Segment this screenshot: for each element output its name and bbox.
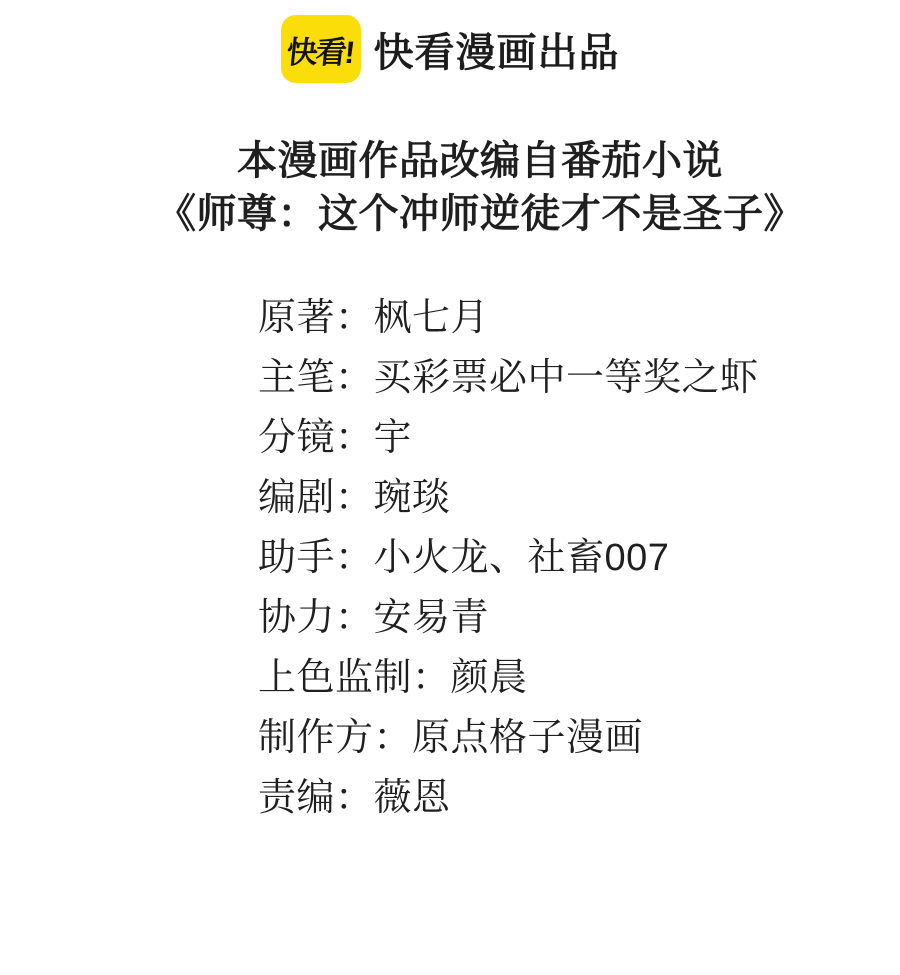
credit-value: 宇 [374,406,413,461]
credit-label: 编剧： [258,466,374,521]
credit-value: 原点格子漫画 [412,706,643,761]
credit-row-screenwriter: 编剧：琬琰 [258,463,759,523]
credit-label: 协力： [258,586,374,641]
credit-label: 责编： [258,766,374,821]
credit-value: 买彩票必中一等奖之虾 [374,346,759,401]
credit-row-production-studio: 制作方：原点格子漫画 [258,703,759,763]
credit-label: 助手： [258,526,374,581]
credit-label: 上色监制： [258,646,451,701]
credit-label: 原著： [258,286,374,341]
credit-row-color-supervisor: 上色监制：颜晨 [258,643,759,703]
kuaikan-logo-badge: 快看! [281,15,361,83]
credit-row-editor: 责编：薇恩 [258,763,759,823]
credit-row-cooperation: 协力：安易青 [258,583,759,643]
comic-credits-page: 快看! 快看漫画出品 本漫画作品改编自番茄小说 《师尊：这个冲师逆徒才不是圣子》… [0,0,900,975]
credit-row-assistants: 助手：小火龙、社畜007 [258,523,759,583]
credit-row-storyboard: 分镜：宇 [258,403,759,463]
credit-value: 枫七月 [374,286,490,341]
publisher-title: 快看漫画出品 [374,21,620,78]
publisher-header: 快看! 快看漫画出品 [0,14,900,84]
credit-label: 主笔： [258,346,374,401]
kuaikan-logo-text: 快看! [285,27,356,72]
credit-value: 安易青 [374,586,490,641]
credit-value: 颜晨 [451,646,528,701]
adaptation-notice-line1: 本漫画作品改编自番茄小说 [60,135,900,188]
adaptation-notice-title: 《师尊：这个冲师逆徒才不是圣子》 [60,188,900,241]
credit-value: 琬琰 [374,466,451,521]
adaptation-notice: 本漫画作品改编自番茄小说 《师尊：这个冲师逆徒才不是圣子》 [0,135,900,241]
credit-label: 分镜： [258,406,374,461]
credit-value: 小火龙、社畜007 [374,526,670,581]
credits-list: 原著：枫七月 主笔：买彩票必中一等奖之虾 分镜：宇 编剧：琬琰 助手：小火龙、社… [258,283,759,823]
credit-value: 薇恩 [374,766,451,821]
credit-label: 制作方： [258,706,412,761]
credit-row-original-author: 原著：枫七月 [258,283,759,343]
credit-row-lead-artist: 主笔：买彩票必中一等奖之虾 [258,343,759,403]
